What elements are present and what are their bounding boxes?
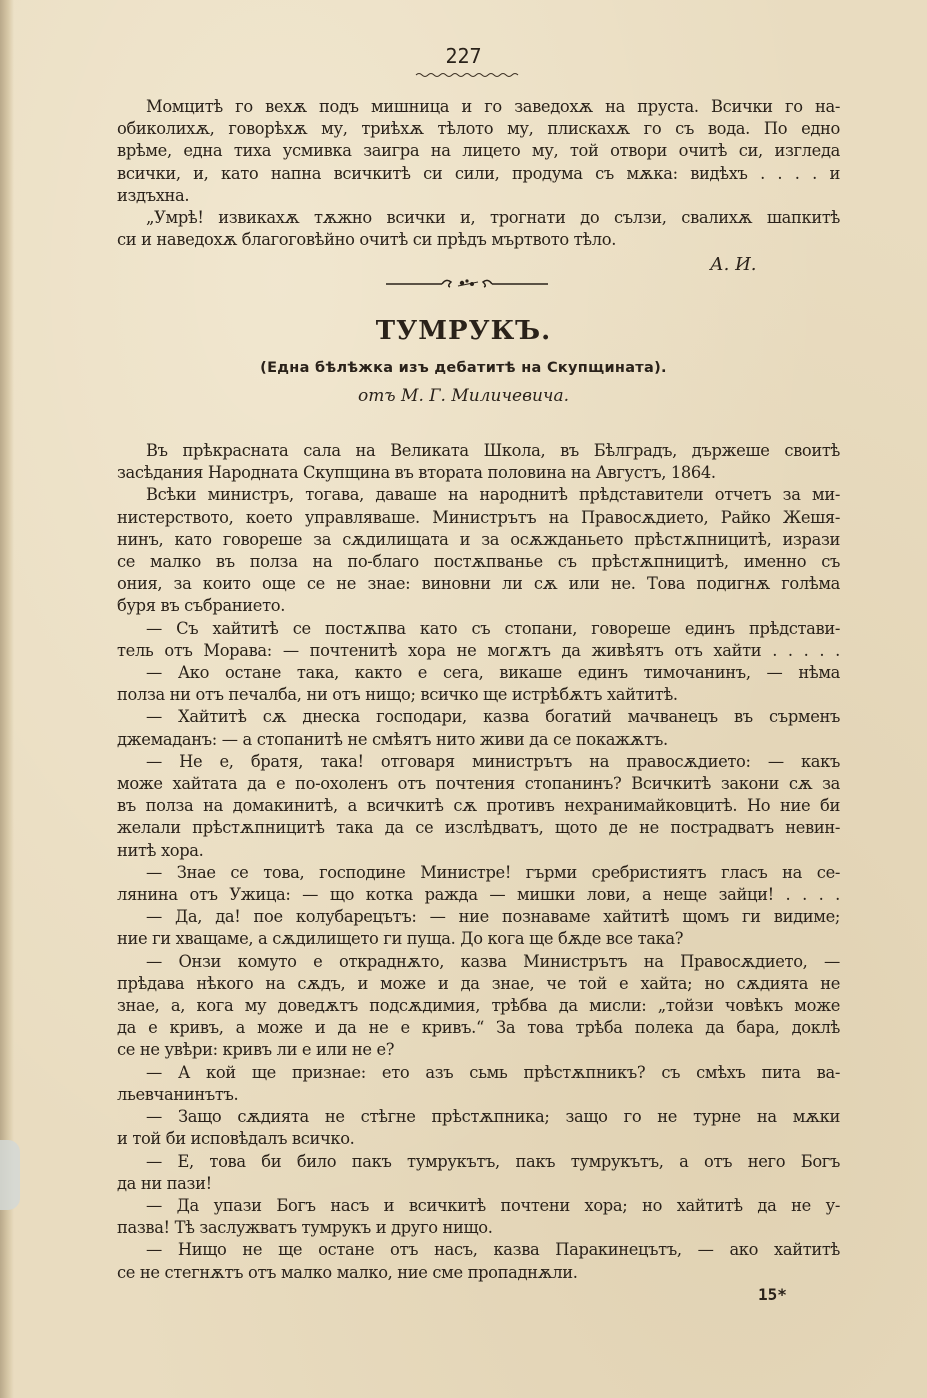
article-subtitle: (Една бѣлѣжка изъ дебатитѣ на Скупщината… [0,360,927,376]
text-line: Момцитѣ го вехѫ подъ мишница и го заведо… [146,96,840,118]
text-line: се малко въ полза на по-благо постѫпвань… [117,551,840,573]
section-divider-ornament [386,276,548,292]
text-line: тель отъ Морава: — почтенитѣ хора не мог… [117,640,840,662]
text-line: Въ прѣкрасната сала на Великата Школа, в… [146,440,840,462]
text-line: нинъ, като говореше за сѫдилищата и за о… [117,529,840,551]
text-line: ние ги хващаме, а сѫдилището ги пуща. До… [117,928,840,950]
text-line: знае, а, кога му доведѫтъ подсѫдимия, тр… [117,995,840,1017]
previous-story-text: Момцитѣ го вехѫ подъ мишница и го заведо… [146,96,840,251]
page-tab-marker [0,1140,20,1210]
text-line: си и наведохѫ благоговѣйно очитѣ си прѣд… [117,229,840,251]
text-line: всички, и, като напна всичкитѣ си сили, … [117,163,840,185]
text-line: — Хайтитѣ сѫ днеска господари, казва бог… [146,706,840,728]
text-line: прѣдава нѣкого на сѫдъ, и може и да знае… [117,973,840,995]
text-line: се не стегнѫтъ отъ малко малко, ние сме … [117,1262,840,1284]
article-title: ТУМРУКЪ. [0,316,927,346]
text-line: Всѣки министръ, тогава, даваше на народн… [146,484,840,506]
text-line: желали прѣстѫпницитѣ така да се изслѣдва… [117,817,840,839]
text-line: въ полза на домакинитѣ, а всичкитѣ сѫ пр… [117,795,840,817]
text-line: да е кривъ, а може и да не е кривъ.“ За … [117,1017,840,1039]
text-line: и той би исповѣдалъ всичко. [117,1128,840,1150]
text-line: льевчанинътъ. [117,1084,840,1106]
text-line: — Да упази Богъ насъ и всичкитѣ почтени … [146,1195,840,1217]
printer-signature-mark: 15* [758,1285,787,1304]
text-line: издъхна. [117,185,840,207]
text-line: — А кой ще признае: ето азъ сьмь прѣстѫп… [146,1062,840,1084]
text-line: — Онзи комуто е откраднѫто, казва Минист… [146,951,840,973]
text-line: — Да, да! пое колубарецътъ: — ние познав… [146,906,840,928]
text-line: — Не е, братя, така! отговаря министрътъ… [146,751,840,773]
text-line: полза ни отъ печалба, ни отъ нищо; всичк… [117,684,840,706]
text-line: — Е, това би било пакъ тумрукътъ, пакъ т… [146,1151,840,1173]
text-line: да ни пази! [117,1173,840,1195]
text-line: нистерството, което управляваше. Министр… [117,507,840,529]
page-number: 227 [0,44,927,68]
text-line: може хайтата да е по-охоленъ отъ почтени… [117,773,840,795]
article-body: Въ прѣкрасната сала на Великата Школа, в… [146,440,840,1284]
text-line: врѣме, една тиха усмивка заигра на лицет… [117,140,840,162]
text-line: обиколихѫ, говорѣхѫ му, триѣхѫ тѣлото му… [117,118,840,140]
previous-story-signature: А. И. [710,254,757,275]
text-line: пазва! Тѣ заслужватъ тумрукъ и друго нищ… [117,1217,840,1239]
text-line: — Ако остане така, както е сега, викаше … [146,662,840,684]
text-line: се не увѣри: кривъ ли е или не е? [117,1039,840,1061]
article-byline: отъ М. Г. Миличевича. [0,386,927,406]
text-line: засѣдания Народната Скупщина въ втората … [117,462,840,484]
text-line: ония, за които още се не знае: виновни л… [117,573,840,595]
text-line: — Защо сѫдията не стѣгне прѣстѫпника; за… [146,1106,840,1128]
text-line: — Знае се това, господине Министре! гърм… [146,862,840,884]
text-line: лянина отъ Ужица: — що котка ражда — миш… [117,884,840,906]
page-number-underline [414,72,522,78]
text-line: нитѣ хора. [117,840,840,862]
text-line: буря въ събранието. [117,595,840,617]
text-line: — Съ хайтитѣ се постѫпва като съ стопани… [146,618,840,640]
text-line: — Нищо не ще остане отъ насъ, казва Пара… [146,1239,840,1261]
text-line: джемаданъ: — а стопанитѣ не смѣятъ нито … [117,729,840,751]
text-line: „Умрѣ! извикахѫ тѫжно всички и, трогнати… [146,207,840,229]
